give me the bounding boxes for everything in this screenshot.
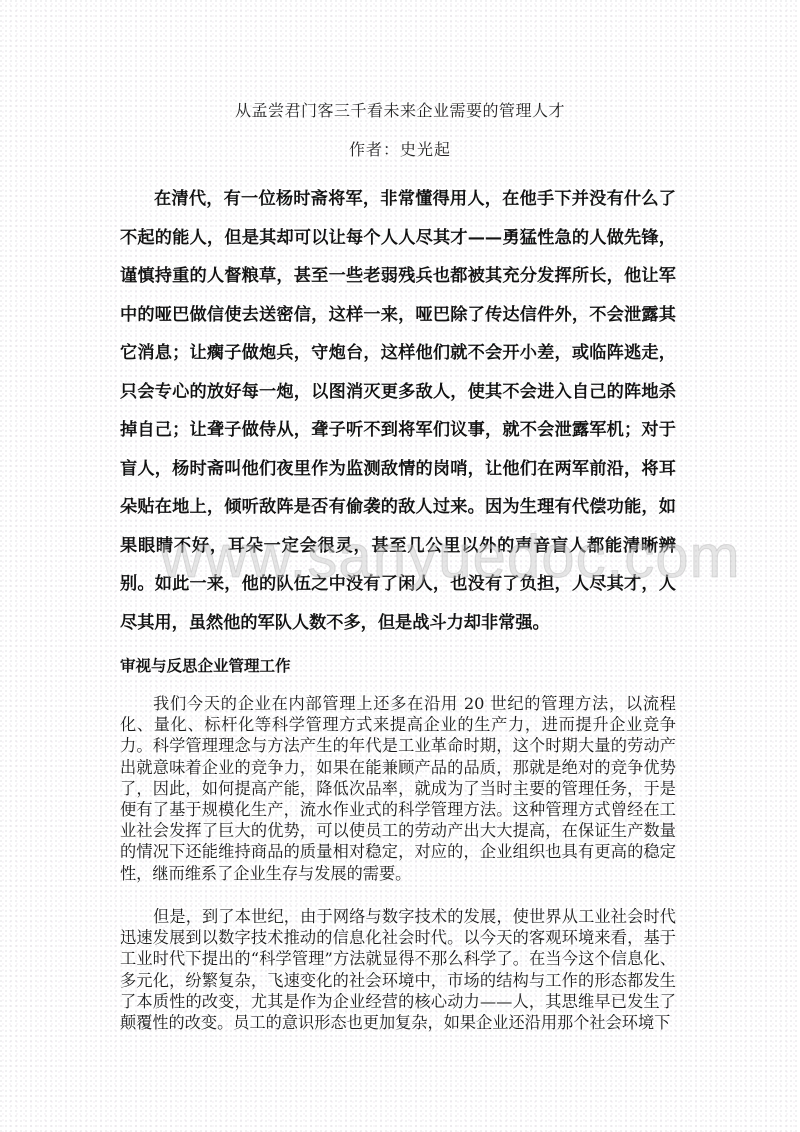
document-page: 从孟尝君门客三千看未来企业需要的管理人才 作者：史光起 在清代，有一位杨时斋将军… xyxy=(0,0,800,1132)
body-paragraph: 但是，到了本世纪，由于网络与数字技术的发展，使世界从工业社会时代迅速发展到以数字… xyxy=(120,906,676,1033)
document-title: 从孟尝君门客三千看未来企业需要的管理人才 xyxy=(0,98,800,121)
intro-paragraph: 在清代，有一位杨时斋将军，非常懂得用人，在他手下并没有什么了不起的能人，但是其却… xyxy=(120,180,676,642)
section-heading: 审视与反思企业管理工作 xyxy=(120,654,291,676)
document-author: 作者：史光起 xyxy=(0,137,800,160)
body-paragraph: 我们今天的企业在内部管理上还多在沿用 20 世纪的管理方法，以流程化、量化、标杆… xyxy=(120,693,676,884)
